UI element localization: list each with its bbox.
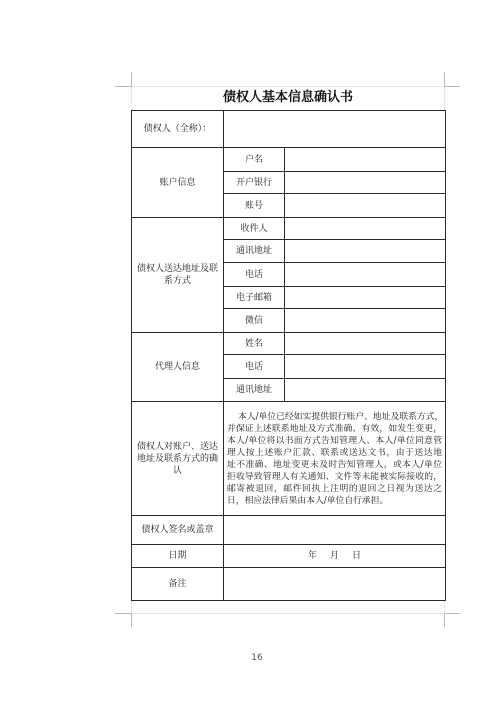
agent-name-value[interactable]	[285, 333, 446, 355]
wechat-value[interactable]	[285, 309, 446, 333]
corner-mark-bottom-left-v	[131, 613, 132, 627]
confirmation-label: 债权人对账户、送达 地址及联系方式的确 认	[132, 402, 224, 516]
confirmation-text-line: 址不准确、地址变更未及时告知管理人，或本人/单位	[227, 459, 442, 471]
document-title: 债权人基本信息确认书	[131, 86, 445, 110]
agent-info-label: 代理人信息	[132, 333, 224, 402]
confirmation-label-line: 债权人对账户、送达	[135, 441, 220, 453]
mailing-address-label: 通讯地址	[224, 240, 285, 263]
creditor-info-form-table: 债权人（全称）： 账户信息 户名 开户银行 账号 债权人送达地址及联 系方式 收…	[131, 110, 446, 601]
agent-phone-label: 电话	[224, 355, 285, 379]
corner-mark-bottom-right-v	[444, 613, 445, 627]
account-holder-value[interactable]	[285, 148, 446, 172]
delivery-contact-label-line: 债权人送达地址及联	[135, 263, 220, 275]
email-label: 电子邮箱	[224, 287, 285, 309]
signature-label: 债权人签名或盖章	[132, 516, 224, 545]
page-number: 16	[242, 653, 272, 663]
remarks-value[interactable]	[224, 568, 446, 601]
creditor-name-value[interactable]	[224, 111, 446, 148]
date-day-label: 日	[352, 550, 361, 562]
confirmation-text-line: 邮寄被退回，邮件回执上注明的退回之日视为送达之	[227, 483, 442, 495]
table-row-creditor-name: 债权人（全称）：	[132, 111, 446, 148]
agent-phone-value[interactable]	[285, 355, 446, 379]
wechat-label: 微信	[224, 309, 285, 333]
agent-name-label: 姓名	[224, 333, 285, 355]
agent-address-value[interactable]	[285, 379, 446, 402]
creditor-name-label: 债权人（全称）：	[132, 111, 224, 148]
corner-mark-bottom-right-h	[444, 613, 460, 614]
remarks-label: 备注	[132, 568, 224, 601]
phone-label: 电话	[224, 263, 285, 287]
confirmation-text-line: 日，相应法律后果由本人/单位自行承担。	[227, 495, 442, 507]
corner-mark-top-left-v	[131, 72, 132, 86]
document-page: 债权人基本信息确认书 债权人（全称）： 账户信息 户名 开户银行 账号	[0, 0, 500, 707]
agent-address-label: 通讯地址	[224, 379, 285, 402]
confirmation-text-line: 本人/单位已经如实提供银行账户、地址及联系方式，	[227, 411, 442, 423]
recipient-label: 收件人	[224, 218, 285, 240]
bank-label: 开户银行	[224, 172, 285, 194]
account-number-label: 账号	[224, 194, 285, 218]
delivery-contact-label: 债权人送达地址及联 系方式	[132, 218, 224, 333]
confirmation-text-line: 理人按上述账户汇款、联系或送达文书，由于送达地	[227, 447, 442, 459]
confirmation-text-line: 本人/单位将以书面方式告知管理人、本人/单位同意管	[227, 435, 442, 447]
confirmation-text-line: 拒收导致管理人有关通知、文件等未能被实际接收的，	[227, 471, 442, 483]
table-row-recipient: 债权人送达地址及联 系方式 收件人	[132, 218, 446, 240]
recipient-value[interactable]	[285, 218, 446, 240]
account-number-value[interactable]	[285, 194, 446, 218]
phone-value[interactable]	[285, 263, 446, 287]
table-row-signature: 债权人签名或盖章	[132, 516, 446, 545]
delivery-contact-label-line: 系方式	[135, 275, 220, 287]
confirmation-label-line: 认	[135, 465, 220, 477]
account-holder-label: 户名	[224, 148, 285, 172]
corner-mark-top-right-v	[444, 72, 445, 86]
corner-mark-bottom-left-h	[115, 613, 131, 614]
table-row-agent-name: 代理人信息 姓名	[132, 333, 446, 355]
date-value[interactable]: 年月日	[224, 545, 446, 568]
date-year-label: 年	[308, 550, 317, 562]
corner-mark-top-left-h	[115, 86, 131, 87]
confirmation-text-line: 并保证上述联系地址及方式准确、有效，如发生变更，	[227, 423, 442, 435]
table-row-confirmation: 债权人对账户、送达 地址及联系方式的确 认 本人/单位已经如实提供银行账户、地址…	[132, 402, 446, 516]
corner-mark-top-right-h	[444, 86, 460, 87]
account-info-label: 账户信息	[132, 148, 224, 218]
confirmation-statement: 本人/单位已经如实提供银行账户、地址及联系方式， 并保证上述联系地址及方式准确、…	[224, 402, 446, 516]
table-row-remarks: 备注	[132, 568, 446, 601]
date-label: 日期	[132, 545, 224, 568]
date-month-label: 月	[330, 550, 339, 562]
email-value[interactable]	[285, 287, 446, 309]
mailing-address-value[interactable]	[285, 240, 446, 263]
confirmation-label-line: 地址及联系方式的确	[135, 453, 220, 465]
table-row-date: 日期 年月日	[132, 545, 446, 568]
table-row-account-name: 账户信息 户名	[132, 148, 446, 172]
bank-value[interactable]	[285, 172, 446, 194]
signature-value[interactable]	[224, 516, 446, 545]
